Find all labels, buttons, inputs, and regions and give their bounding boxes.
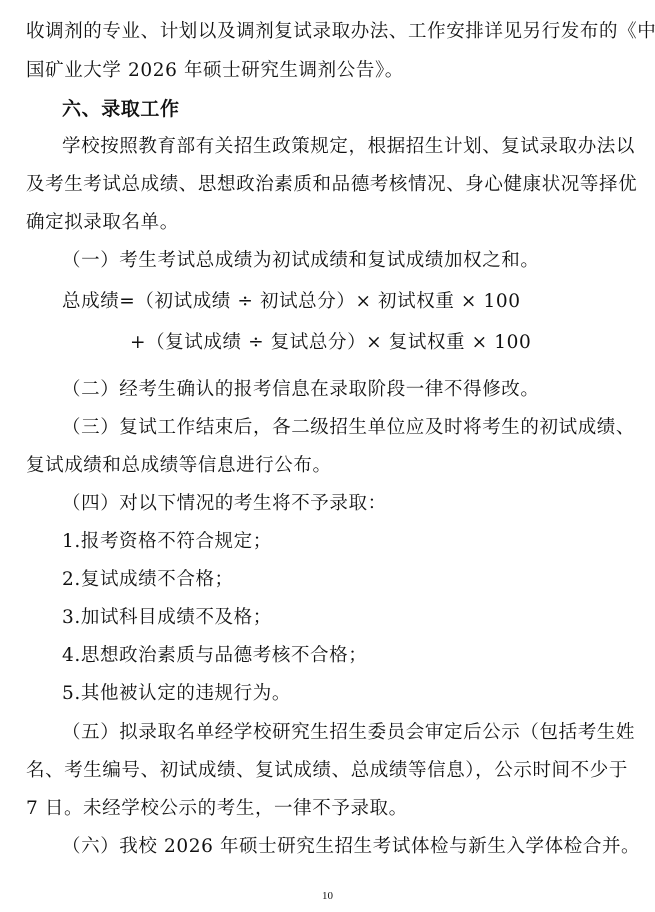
list-item: （一）考生考试总成绩为初试成绩和复试成绩加权之和。	[62, 249, 540, 273]
paragraph-line: 学校按照教育部有关招生政策规定，根据招生计划、复试录取办法以	[62, 135, 635, 159]
list-item: （三）复试工作结束后，各二级招生单位应及时将考生的初试成绩、	[62, 416, 635, 440]
formula-line: +（复试成绩 ÷ 复试总分）× 复试权重 × 100	[130, 331, 531, 355]
list-item: 2.复试成绩不合格；	[62, 568, 234, 592]
list-item: 1.报考资格不符合规定；	[62, 530, 272, 554]
paragraph-line: 7 日。未经学校公示的考生，一律不予录取。	[26, 797, 408, 821]
paragraph-line: 复试成绩和总成绩等信息进行公布。	[26, 454, 332, 478]
list-item: （六）我校 2026 年硕士研究生招生考试体检与新生入学体检合并。	[62, 835, 640, 859]
paragraph-line: 名、考生编号、初试成绩、复试成绩、总成绩等信息），公示时间不少于	[26, 759, 628, 783]
list-item: （二）经考生确认的报考信息在录取阶段一律不得修改。	[62, 378, 540, 402]
paragraph-line: 及考生考试总成绩、思想政治素质和品德考核情况、身心健康状况等择优	[26, 173, 637, 197]
list-item: 3.加试科目成绩不及格；	[62, 606, 272, 630]
section-heading: 六、录取工作	[62, 97, 180, 121]
formula-line: 总成绩=（初试成绩 ÷ 初试总分）× 初试权重 × 100	[62, 290, 521, 314]
paragraph-line: 国矿业大学 2026 年硕士研究生调剂公告》。	[26, 59, 404, 83]
list-item: （五）拟录取名单经学校研究生招生委员会审定后公示（包括考生姓	[62, 721, 635, 745]
list-item: （四）对以下情况的考生将不予录取：	[62, 492, 387, 516]
paragraph-line: 收调剂的专业、计划以及调剂复试录取办法、工作安排详见另行发布的《中	[26, 20, 655, 44]
paragraph-line: 确定拟录取名单。	[26, 211, 179, 235]
document-page: 收调剂的专业、计划以及调剂复试录取办法、工作安排详见另行发布的《中 国矿业大学 …	[0, 0, 655, 912]
list-item: 5.其他被认定的违规行为。	[62, 682, 291, 706]
page-number: 10	[0, 890, 655, 902]
list-item: 4.思想政治素质与品德考核不合格；	[62, 644, 367, 668]
